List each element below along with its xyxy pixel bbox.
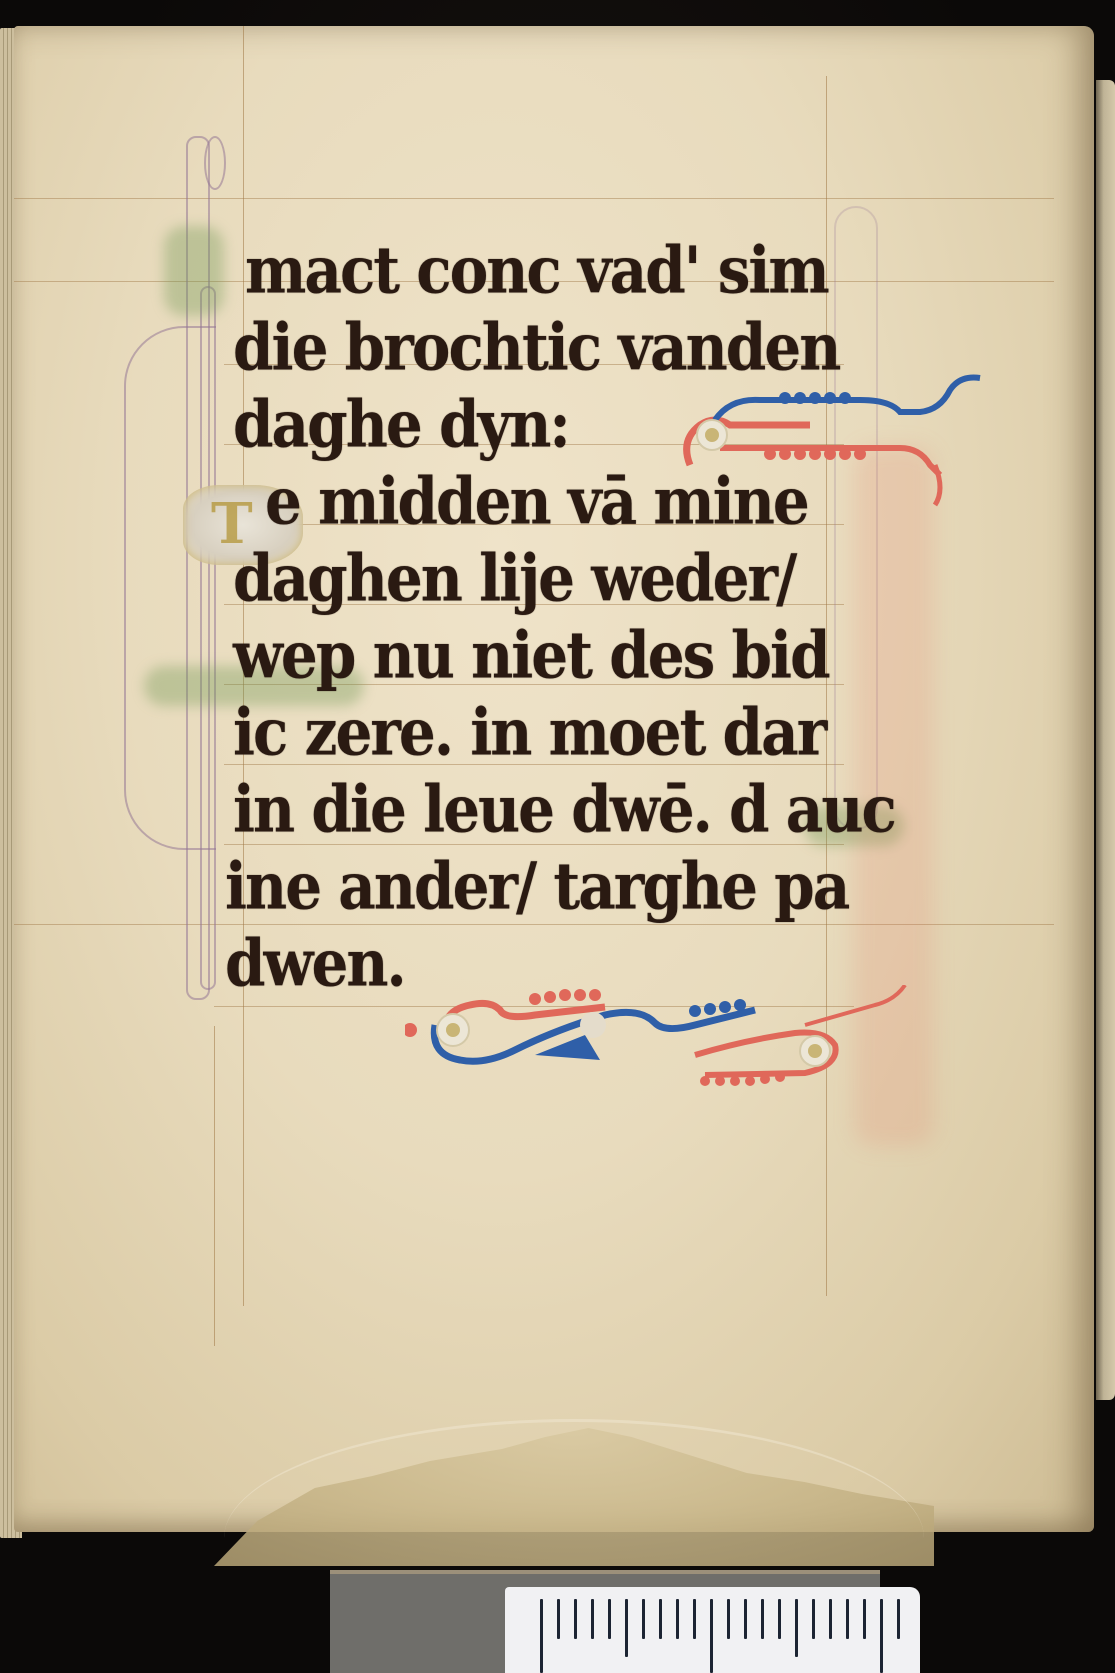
torn-edge-highlight <box>224 1419 924 1562</box>
text-line-8: in die leue dwē. d auc <box>233 766 905 852</box>
ruler-tick <box>642 1599 645 1639</box>
ruler-tick <box>574 1599 577 1639</box>
text-block: mact conc vad' sim die brochtic vanden d… <box>245 232 905 1002</box>
ruler-tick <box>710 1599 713 1673</box>
ruler-tick <box>676 1599 679 1639</box>
ruler-tick <box>812 1599 815 1639</box>
ruler-tick <box>761 1599 764 1639</box>
ruler-tick <box>829 1599 832 1639</box>
ruler-tick <box>625 1599 628 1657</box>
marginal-penwork-loop <box>204 136 226 190</box>
ruler-tick <box>591 1599 594 1639</box>
binding-gutter <box>1096 80 1115 1400</box>
ruler-tick <box>880 1599 883 1673</box>
green-wash <box>164 226 224 316</box>
scale-ruler <box>505 1587 920 1673</box>
ruling-vertical-inner-left <box>214 1026 215 1346</box>
ruler-tick <box>795 1599 798 1657</box>
line-filler-upper <box>660 370 1000 510</box>
photo-stage: T mact conc vad' sim die brochtic vanden… <box>0 0 1115 1673</box>
ruler-tick <box>778 1599 781 1639</box>
ruler-tick <box>693 1599 696 1639</box>
text-line-9: ine ander/ targhe pa <box>225 843 905 929</box>
ruler-tick <box>863 1599 866 1639</box>
ruler-tick <box>897 1599 900 1639</box>
marginal-penwork-curl <box>124 326 216 850</box>
text-line-5: daghen lije weder/ <box>233 535 905 621</box>
ruler-tick <box>540 1599 543 1673</box>
ruler-tick <box>608 1599 611 1639</box>
ruler-tick <box>846 1599 849 1639</box>
line-filler-lower <box>405 985 925 1105</box>
ruler-tick <box>659 1599 662 1639</box>
ruler-tick <box>557 1599 560 1639</box>
text-line-1: mact conc vad' sim <box>245 227 905 313</box>
ruler-tick <box>744 1599 747 1639</box>
ruler-tick <box>727 1599 730 1639</box>
text-line-6: wep nu niet des bid <box>233 612 905 698</box>
ruling-horizontal <box>14 198 1054 199</box>
text-line-7: ic zere. in moet dar <box>233 689 905 775</box>
